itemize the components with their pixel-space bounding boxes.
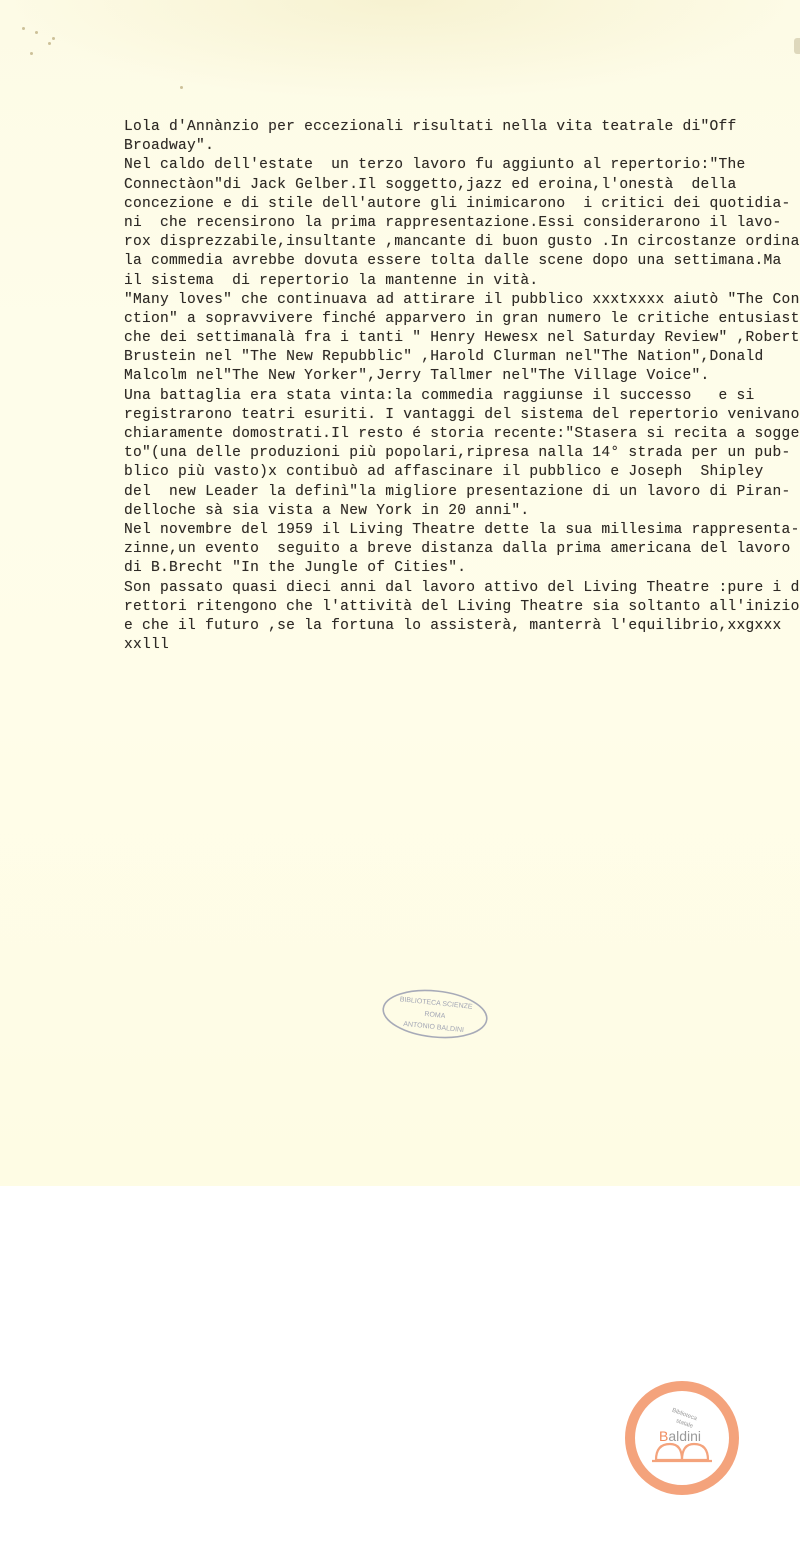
- typescript-paper: Lola d'Annànzio per eccezionali risultat…: [0, 0, 800, 1186]
- typescript-line: del new Leader la definì"la migliore pre…: [124, 483, 800, 502]
- paper-speck: [30, 52, 33, 55]
- paper-speck: [35, 31, 38, 34]
- stamp-top-text: BIBLIOTECA SCIENZE: [399, 996, 473, 1011]
- typescript-line: ni che recensirono la prima rappresentaz…: [124, 214, 800, 233]
- library-stamp: BIBLIOTECA SCIENZE ROMA ANTONIO BALDINI: [380, 988, 490, 1040]
- typescript-line: che dei settimanalà fra i tanti " Henry …: [124, 329, 800, 348]
- baldini-library-logo: Biblioteca statale Baldini: [622, 1378, 742, 1498]
- typescript-line: il sistema di repertorio la mantenne in …: [124, 272, 800, 291]
- typescript-line: delloche sà sia vista a New York in 20 a…: [124, 502, 800, 521]
- typescript-line: Broadway".: [124, 137, 800, 156]
- typescript-line: di B.Brecht "In the Jungle of Cities".: [124, 559, 800, 578]
- baldini-logo-icon: Biblioteca statale Baldini: [622, 1378, 742, 1498]
- typescript-body: Lola d'Annànzio per eccezionali risultat…: [124, 118, 800, 655]
- typescript-line: Nel novembre del 1959 il Living Theatre …: [124, 521, 800, 540]
- typescript-line: to"(una delle produzioni più popolari,ri…: [124, 444, 800, 463]
- typescript-line: Son passato quasi dieci anni dal lavoro …: [124, 579, 800, 598]
- typescript-line: Brustein nel "The New Repubblic" ,Harold…: [124, 348, 800, 367]
- typescript-line: xxlll: [124, 636, 800, 655]
- paper-speck: [48, 42, 51, 45]
- paper-speck: [52, 37, 55, 40]
- typescript-line: ction" a sopravvivere finché apparvero i…: [124, 310, 800, 329]
- typescript-line: la commedia avrebbe dovuta essere tolta …: [124, 252, 800, 271]
- typescript-line: concezione e di stile dell'autore gli in…: [124, 195, 800, 214]
- typescript-line: "Many loves" che continuava ad attirare …: [124, 291, 800, 310]
- typescript-line: Una battaglia era stata vinta:la commedi…: [124, 387, 800, 406]
- typescript-line: blico più vasto)x contibuò ad affascinar…: [124, 463, 800, 482]
- typescript-line: registrarono teatri esuriti. I vantaggi …: [124, 406, 800, 425]
- typescript-line: zinne,un evento seguito a breve distanza…: [124, 540, 800, 559]
- typescript-line: Connectàon"di Jack Gelber.Il soggetto,ja…: [124, 176, 800, 195]
- typescript-line: rettori ritengono che l'attività del Liv…: [124, 598, 800, 617]
- typescript-line: chiaramente domostrati.Il resto é storia…: [124, 425, 800, 444]
- library-stamp-icon: BIBLIOTECA SCIENZE ROMA ANTONIO BALDINI: [380, 988, 490, 1040]
- paper-speck: [180, 86, 183, 89]
- logo-name: Baldini: [659, 1428, 701, 1444]
- typescript-line: rox disprezzabile,insultante ,mancante d…: [124, 233, 800, 252]
- paper-speck: [22, 27, 25, 30]
- paper-edge-tear: [794, 38, 800, 54]
- stamp-middle-text: ROMA: [424, 1011, 446, 1020]
- typescript-line: Nel caldo dell'estate un terzo lavoro fu…: [124, 156, 800, 175]
- typescript-line: Malcolm nel"The New Yorker",Jerry Tallme…: [124, 367, 800, 386]
- typescript-line: e che il futuro ,se la fortuna lo assist…: [124, 617, 800, 636]
- typescript-line: Lola d'Annànzio per eccezionali risultat…: [124, 118, 800, 137]
